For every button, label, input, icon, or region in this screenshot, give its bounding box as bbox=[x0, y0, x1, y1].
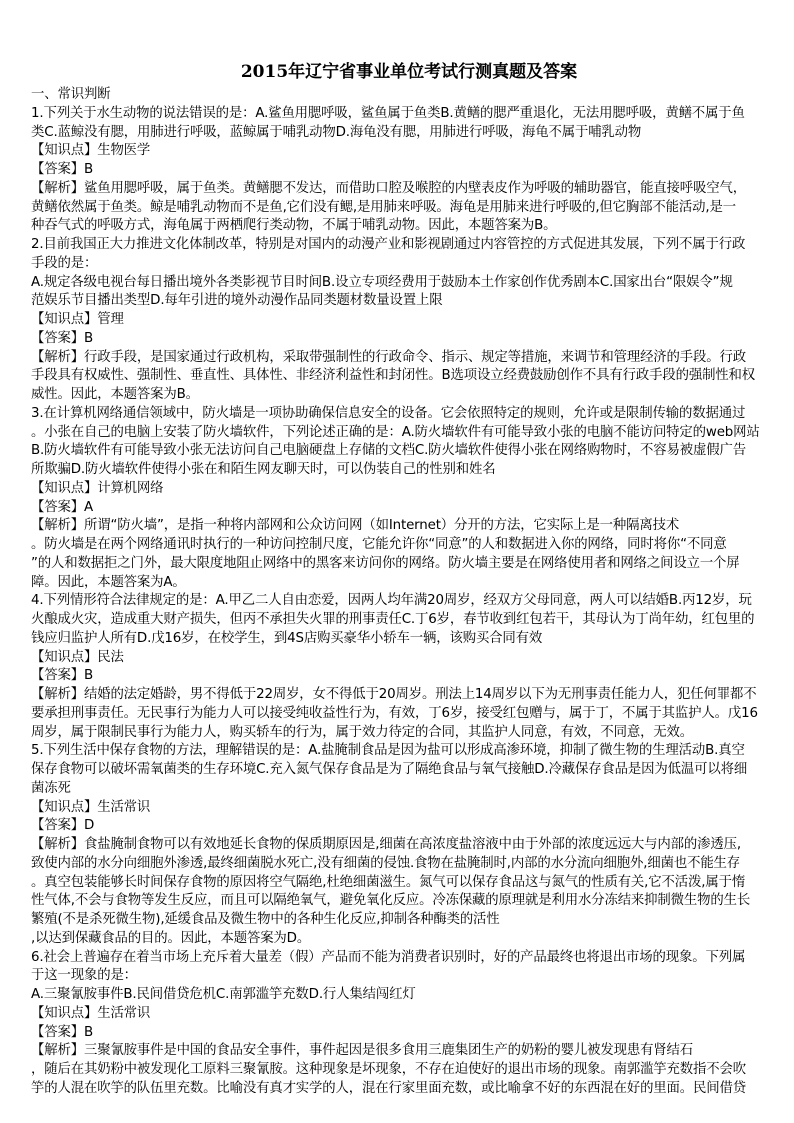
text-line: A.规定各级电视台每日播出境外各类影视节目时间B.设立专项经费用于鼓励本土作家创… bbox=[31, 274, 787, 293]
text-line: 【解析】结婚的法定婚龄，男不得低于22周岁，女不得低于20周岁。刑法上14周岁以… bbox=[31, 686, 787, 705]
text-line: 6.社会上普遍存在着当市场上充斥着大量差（假）产品而不能为消费者识别时，好的产品… bbox=[31, 949, 787, 968]
text-line: 钱应归监护人所有D.戊16岁，在校学生，到4S店购买豪华小轿车一辆，该购买合同有… bbox=[31, 630, 787, 649]
text-line: 【答案】B bbox=[31, 161, 787, 180]
text-line: 。防火墙是在两个网络通讯时执行的一种访问控制尺度，它能允许你“同意”的人和数据进… bbox=[31, 536, 787, 555]
text-line: ，随后在其奶粉中被发现化工原料三聚氰胺。这种现象是坏现象，不存在迫使好的退出市场… bbox=[31, 1061, 787, 1080]
text-line: 【知识点】计算机网络 bbox=[31, 480, 787, 499]
text-line: 菌冻死 bbox=[31, 780, 787, 799]
document-title: 2015年辽宁省事业单位考试行测真题及答案 bbox=[31, 60, 787, 86]
text-line: 4.下列情形符合法律规定的是：A.甲乙二人自由恋爱，因两人均年满20周岁，经双方… bbox=[31, 592, 787, 611]
text-line: 火酿成火灾，造成重大财产损失，但丙不承担失火罪的刑事责任C.丁6岁，春节收到红包… bbox=[31, 611, 787, 630]
text-line: 【答案】B bbox=[31, 667, 787, 686]
text-line: 【答案】B bbox=[31, 330, 787, 349]
text-line: ,以达到保藏食品的目的。因此，本题答案为D。 bbox=[31, 930, 787, 949]
text-line: 手段具有权威性、强制性、垂直性、具体性、非经济利益性和封闭性。B选项设立经费鼓励… bbox=[31, 367, 787, 386]
text-line: 保存食物可以破坏需氧菌类的生存环境C.充入氮气保存食品是为了隔绝食品与氧气接触D… bbox=[31, 761, 787, 780]
text-line: 手段的是： bbox=[31, 255, 787, 274]
text-line: 。小张在自己的电脑上安装了防火墙软件，下列论述正确的是：A.防火墙软件有可能导致… bbox=[31, 424, 787, 443]
text-line: 【答案】B bbox=[31, 1024, 787, 1043]
text-line: 【解析】鲨鱼用腮呼吸，属于鱼类。黄鳝腮不发达，而借助口腔及喉腔的内壁表皮作为呼吸… bbox=[31, 180, 787, 199]
text-line: 【解析】食盐腌制食物可以有效地延长食物的保质期原因是,细菌在高浓度盐溶液中由于外… bbox=[31, 836, 787, 855]
text-line: 于这一现象的是： bbox=[31, 967, 787, 986]
text-line: 。真空包装能够长时间保存食物的原因将空气隔绝,杜绝细菌滋生。氮气可以保存食品这与… bbox=[31, 874, 787, 893]
text-line: A.三聚氰胺事件B.民间借贷危机C.南郭滥竽充数D.行人集结闯红灯 bbox=[31, 986, 787, 1005]
text-line: 致使内部的水分向细胞外渗透,最终细菌脱水死亡,没有细菌的侵蚀.食物在盐腌制时,内… bbox=[31, 855, 787, 874]
text-line: 范娱乐节目播出类型D.每年引进的境外动漫作品同类题材数量设置上限 bbox=[31, 292, 787, 311]
text-line: 2.目前我国正大力推进文化体制改革，特别是对国内的动漫产业和影视剧通过内容管控的… bbox=[31, 236, 787, 255]
document-page: 2015年辽宁省事业单位考试行测真题及答案 一、常识判断 1.下列关于水生动物的… bbox=[31, 60, 787, 1099]
text-line: 【解析】三聚氰胺事件是中国的食品安全事件，事件起因是很多食用三鹿集团生产的奶粉的… bbox=[31, 1042, 787, 1061]
text-line: B.防火墙软件有可能导致小张无法访问自己电脑硬盘上存储的文档C.防火墙软件使得小… bbox=[31, 442, 787, 461]
text-line: 【解析】所谓“防火墙”，是指一种将内部网和公众访问网（如Internet）分开的… bbox=[31, 517, 787, 536]
text-line: 所欺骗D.防火墙软件使得小张在和陌生网友聊天时，可以伪装自己的性别和姓名 bbox=[31, 461, 787, 480]
text-line: 【知识点】生活常识 bbox=[31, 799, 787, 818]
text-line: 1.下列关于水生动物的说法错误的是：A.鲨鱼用腮呼吸，鲨鱼属于鱼类B.黄鳝的腮严… bbox=[31, 105, 787, 124]
text-line: 威性。因此，本题答案为B。 bbox=[31, 386, 787, 405]
text-line: 黄鳝依然属于鱼类。鲸是哺乳动物而不是鱼,它们没有鳃,是用肺来呼吸。海龟是用肺来进… bbox=[31, 199, 787, 218]
section-heading: 一、常识判断 bbox=[31, 86, 787, 105]
text-line: 障。因此，本题答案为A。 bbox=[31, 574, 787, 593]
document-body: 1.下列关于水生动物的说法错误的是：A.鲨鱼用腮呼吸，鲨鱼属于鱼类B.黄鳝的腮严… bbox=[31, 105, 787, 1099]
text-line: 【答案】D bbox=[31, 817, 787, 836]
text-line: 【答案】A bbox=[31, 499, 787, 518]
text-line: 繁殖(不是杀死微生物),延缓食品及微生物中的各种生化反应,抑制各种酶类的活性 bbox=[31, 911, 787, 930]
text-line: 周岁，属于限制民事行为能力人，购买轿车的行为，属于效力待定的合同，其监护人同意，… bbox=[31, 724, 787, 743]
text-line: 竽的人混在吹竽的队伍里充数。比喻没有真才实学的人，混在行家里面充数，或比喻拿不好… bbox=[31, 1080, 787, 1099]
text-line: 【知识点】生物医学 bbox=[31, 142, 787, 161]
text-line: 【知识点】生活常识 bbox=[31, 1005, 787, 1024]
text-line: 【解析】行政手段，是国家通过行政机构，采取带强制性的行政命令、指示、规定等措施，… bbox=[31, 349, 787, 368]
text-line: 【知识点】民法 bbox=[31, 649, 787, 668]
text-line: 种吞气式的呼吸方式，海龟属于两栖爬行类动物，不属于哺乳动物。因此，本题答案为B。 bbox=[31, 217, 787, 236]
text-line: 性气体,不会与食物等发生反应，而且可以隔绝氧气，避免氧化反应。冷冻保藏的原理就是… bbox=[31, 892, 787, 911]
text-line: 3.在计算机网络通信领域中，防火墙是一项协助确保信息安全的设备。它会依照特定的规… bbox=[31, 405, 787, 424]
text-line: 【知识点】管理 bbox=[31, 311, 787, 330]
text-line: ”的人和数据拒之门外，最大限度地阻止网络中的黑客来访问你的网络。防火墙主要是在网… bbox=[31, 555, 787, 574]
text-line: 类C.蓝鲸没有腮，用肺进行呼吸，蓝鲸属于哺乳动物D.海龟没有腮，用肺进行呼吸，海… bbox=[31, 124, 787, 143]
text-line: 要承担刑事责任。无民事行为能力人可以接受纯收益性行为，有效，丁6岁，接受红包赠与… bbox=[31, 705, 787, 724]
text-line: 5.下列生活中保存食物的方法，理解错误的是：A.盐腌制食品是因为盐可以形成高渗环… bbox=[31, 742, 787, 761]
